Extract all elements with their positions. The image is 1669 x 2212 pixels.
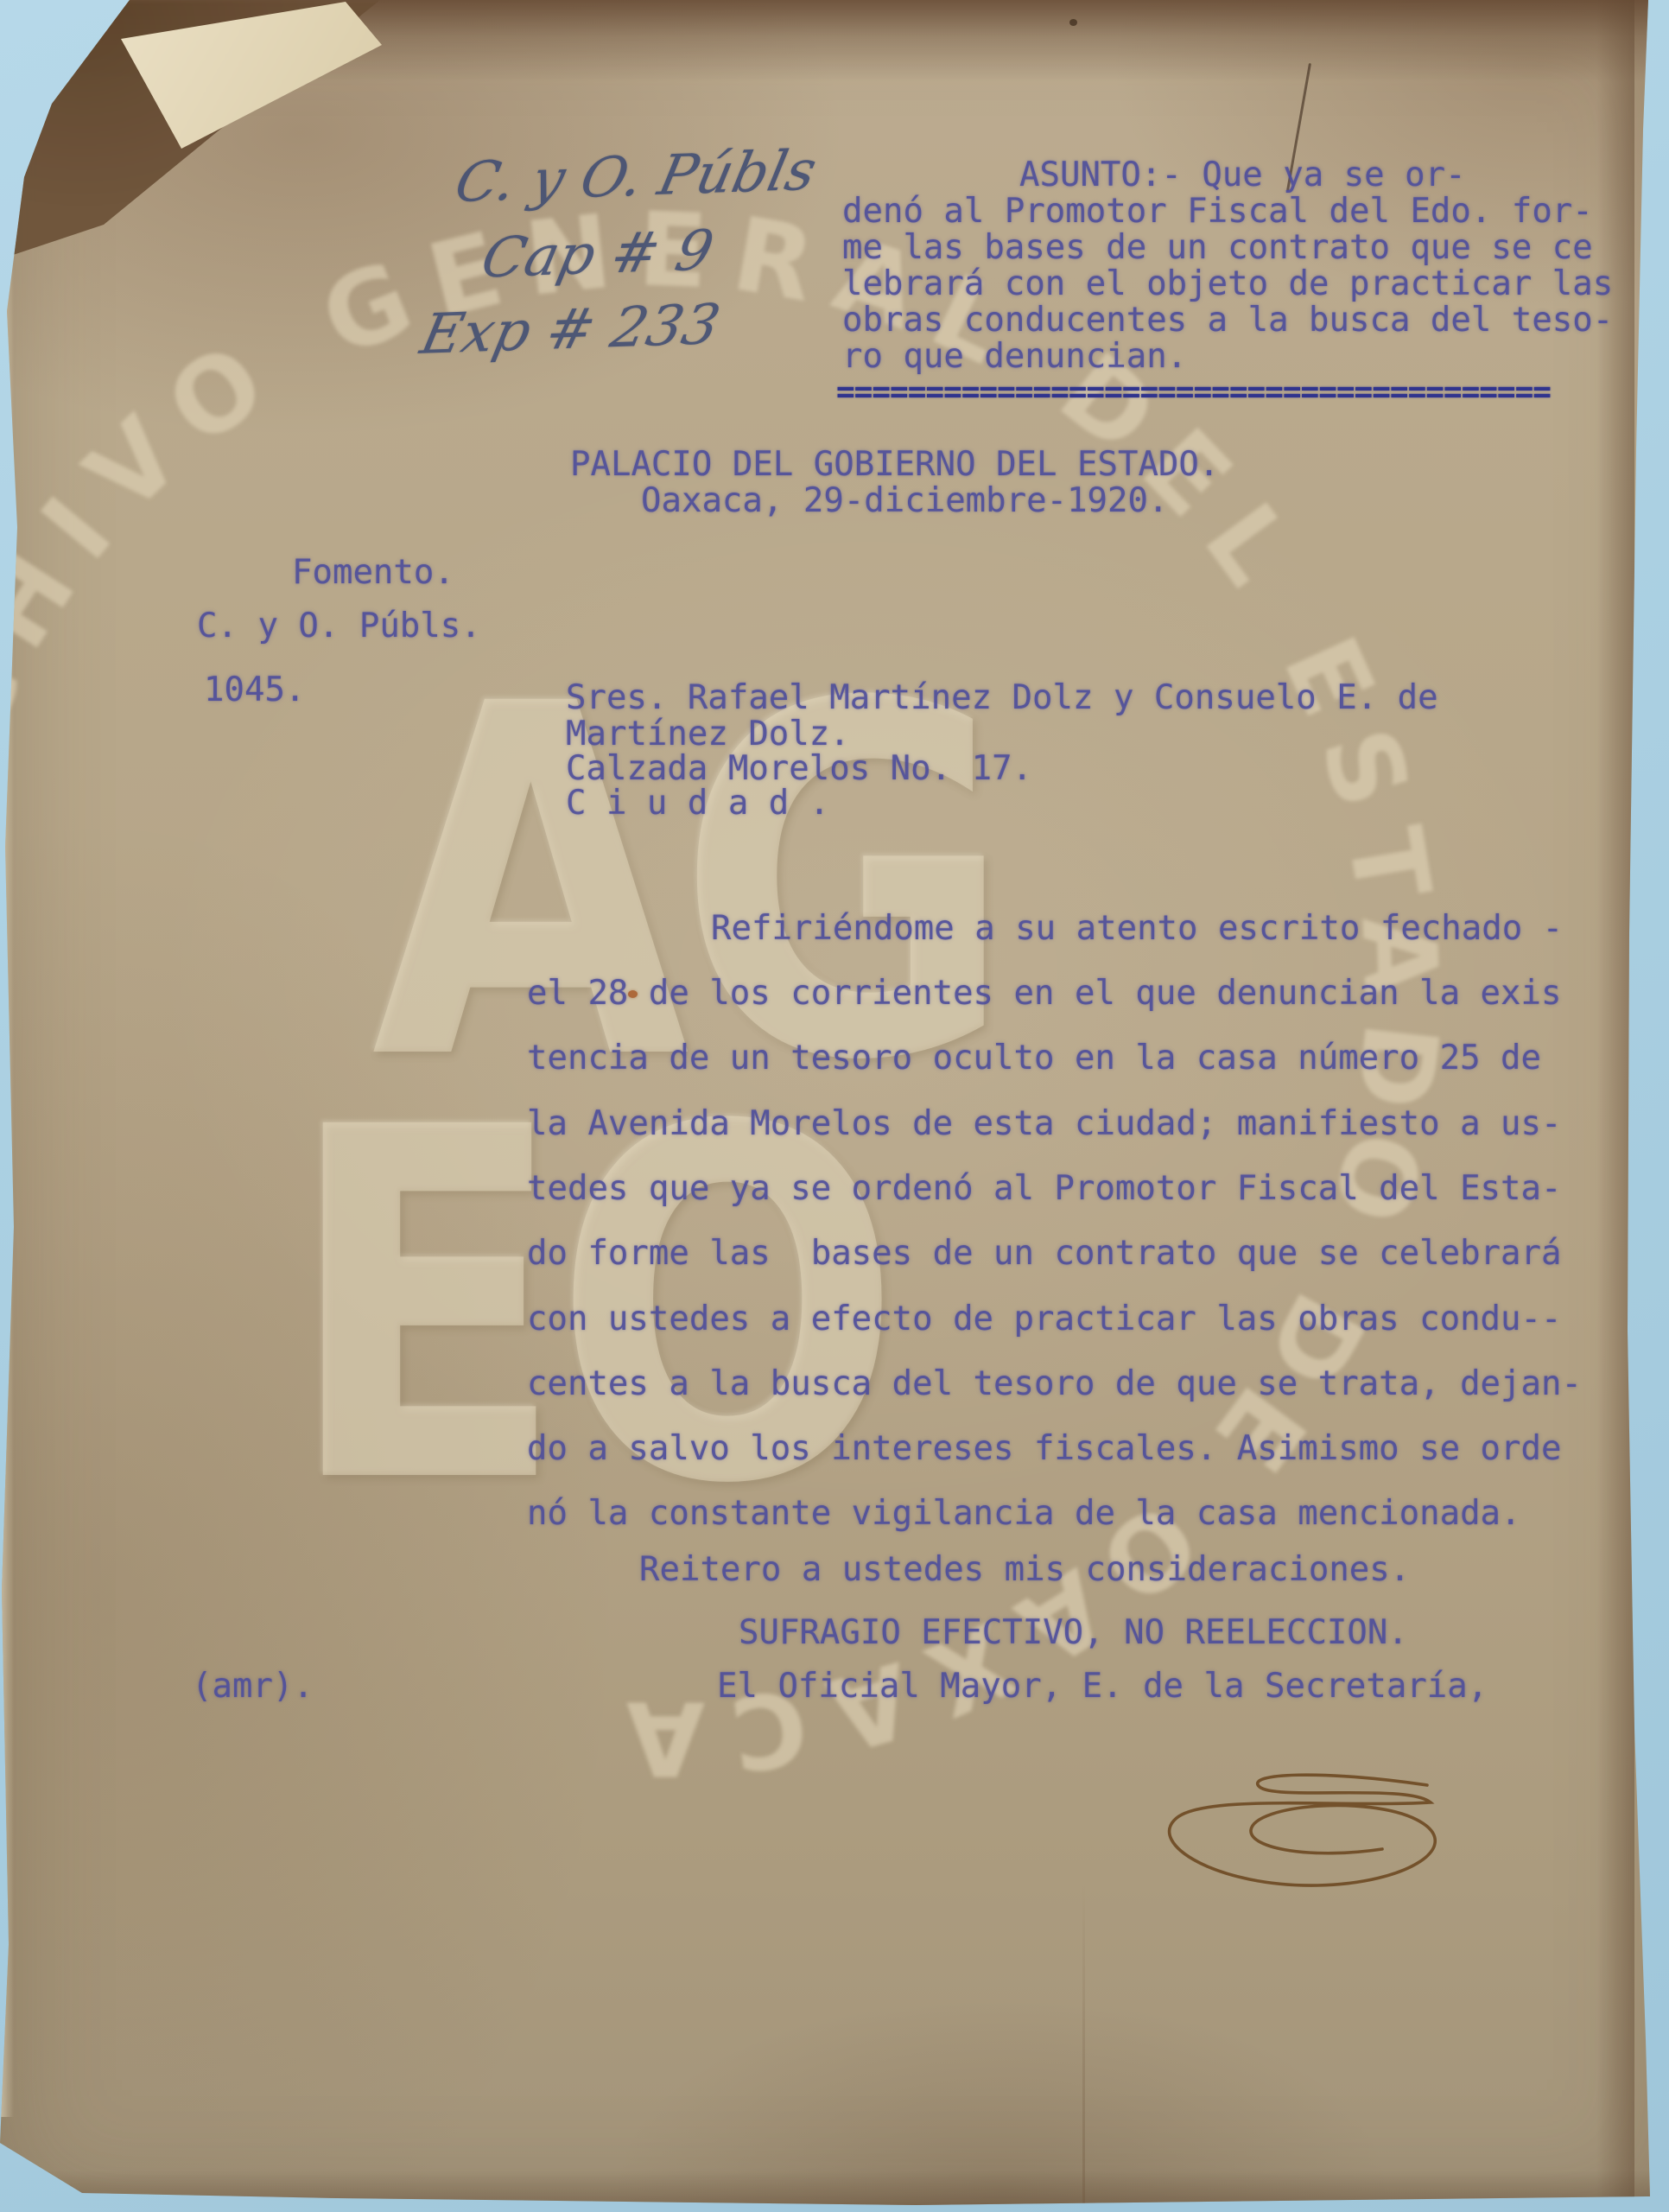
- signature-area: [0, 0, 1669, 2212]
- photo-backdrop: ARCHIVO GENERAL DEL ESTADO DE OAXACA AG …: [0, 0, 1669, 2212]
- document-paper: ARCHIVO GENERAL DEL ESTADO DE OAXACA AG …: [0, 0, 1669, 2212]
- signature-flourish: [1170, 1775, 1436, 1885]
